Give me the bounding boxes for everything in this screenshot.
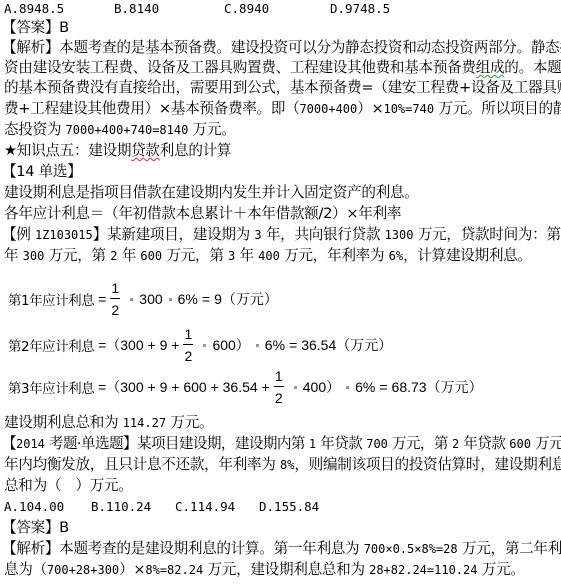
fraction-half: 1 2 <box>110 280 120 318</box>
question2-analysis-line2: 息为（700+28+300）×8%=82.24 万元，建设期利息总和为 28+8… <box>4 560 525 580</box>
multiply-dot-icon <box>346 386 349 389</box>
question2-analysis-line1: 【解析】本题考查的是建设期利息的计算。第一年利息为 700×0.5×8%=28 … <box>2 539 561 559</box>
definition-text: 建设期利息是指项目借款在建设期内发生并计入固定资产的利息。 <box>4 183 419 203</box>
multiply-dot-icon <box>256 344 259 347</box>
formula-label: 第1年应计利息 <box>8 289 94 309</box>
spellcheck-underlined-text: 组成 <box>476 59 505 76</box>
question1-analysis-line1: 【解析】本题考查的是基本预备费。建设投资可以分为静态投资和动态投资两部分。静态投 <box>2 38 561 58</box>
question2-line1: 【2014 考题·单选题】某项目建设期，建设期内第 1 年贷款 700 万元，第… <box>2 434 561 454</box>
option-c: C.8940 <box>224 1 269 17</box>
question2-line3: 总和为（ ）万元。 <box>4 476 133 496</box>
interest-formula-text: 各年应计利息＝（年初借款本息累计＋本年借款额/2）×年利率 <box>4 204 401 224</box>
multiply-dot-icon <box>203 344 206 347</box>
option-a: A.8948.5 <box>4 1 64 17</box>
question-type-tag: 【14 单选】 <box>2 162 81 182</box>
question1-analysis-line3: 的基本预备费没有直接给出，需要用到公式，基本预备费=（建安工程费+设备及工器具购… <box>4 78 561 98</box>
example-line1: 【例 1Z103015】某新建项目，建设期为 3 年，共向银行贷款 1300 万… <box>2 225 561 245</box>
knowledge-point-title: ★知识点五：建设期贷款利息的计算 <box>4 141 231 161</box>
option-d: D.9748.5 <box>330 1 390 17</box>
option-c: C.114.94 <box>175 499 235 515</box>
formula-year2: 第2年应计利息 =（300 + 9 + 1 2 600） 6% = 36.54（… <box>8 323 392 367</box>
question1-answer: 【答案】B <box>2 18 69 38</box>
formula-label: 第2年应计利息 <box>8 335 94 355</box>
example-line2: 年 300 万元，第 2 年 600 万元，第 3 年 400 万元，年利率为 … <box>4 246 532 266</box>
question1-analysis-line5: 态投资为 7000+400+740=8140 万元。 <box>4 120 236 140</box>
option-a: A.104.00 <box>4 499 64 515</box>
formula-year3: 第3年应计利息 =（300 + 9 + 600 + 36.54 + 1 2 40… <box>8 365 483 409</box>
fraction-half: 1 2 <box>183 326 193 364</box>
question2-line2: 年内均衡发放，且只计息不还款，年利率为 8%，则编制该项目的投资估算时，建设期利… <box>4 455 561 475</box>
multiply-dot-icon <box>130 298 133 301</box>
question1-analysis-line2: 资由建设安装工程费、设备及工器具购置费、工程建设其他费和基本预备费组成的。本题中 <box>4 58 561 78</box>
multiply-dot-icon <box>169 298 172 301</box>
formula-label: 第3年应计利息 <box>8 377 94 397</box>
option-b: B.8140 <box>114 1 159 17</box>
formula-year1: 第1年应计利息 = 1 2 300 6% = 9（万元） <box>8 277 278 321</box>
option-d: D.155.84 <box>259 499 319 515</box>
option-b: B.110.24 <box>91 499 151 515</box>
total-interest: 建设期利息总和为 114.27 万元。 <box>4 413 213 433</box>
fraction-half: 1 2 <box>274 368 284 406</box>
spellcheck-underlined-text: 贷款 <box>131 142 160 159</box>
multiply-dot-icon <box>294 386 297 389</box>
question1-analysis-line4: 费+工程建设其他费用）×基本预备费率。即（7000+400）×10%=740 万… <box>4 99 561 119</box>
question1-options: A.8948.5 B.8140 C.8940 D.9748.5 <box>4 1 561 17</box>
question2-answer: 【答案】B <box>2 518 69 538</box>
question2-options: A.104.00 B.110.24 C.114.94 D.155.84 <box>4 499 561 515</box>
